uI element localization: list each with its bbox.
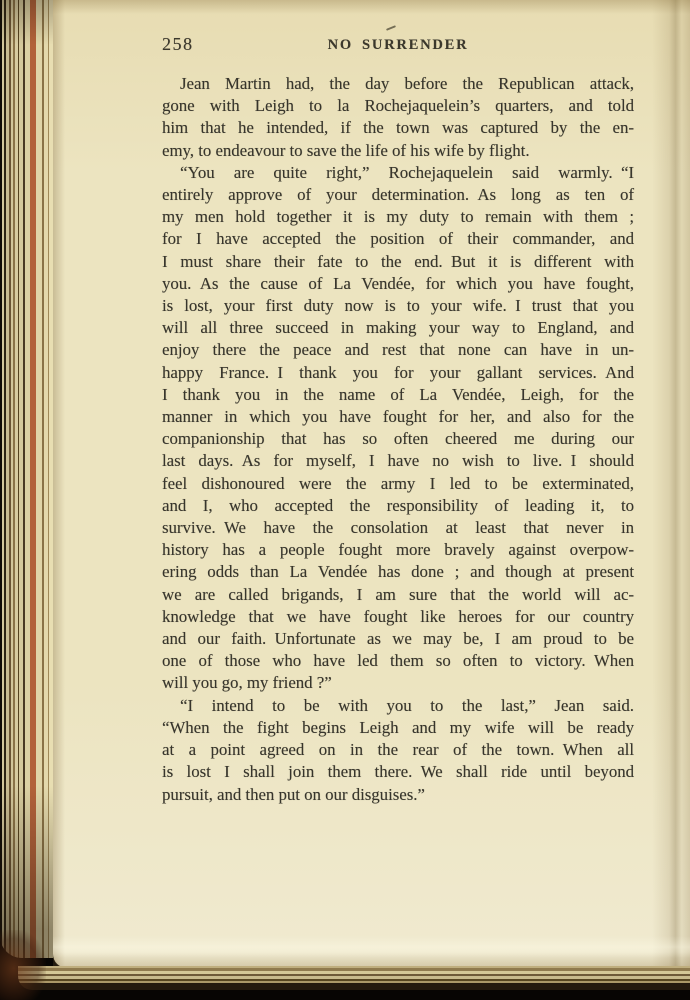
text-line: companionship that has so often cheered … [162,428,634,450]
text-line: “You are quite right,” Rochejaquelein sa… [162,162,634,184]
text-line: is lost, your first duty now is to your … [162,295,634,317]
text-line: and I, who accepted the responsibility o… [162,495,634,517]
book-page: 258 NO SURRENDER Jean Martin had, the da… [53,0,690,968]
text-line: and our faith. Unfortunate as we may be,… [162,628,634,650]
pen-mark [386,25,396,31]
text-line: I thank you in the name of La Vendée, Le… [162,384,634,406]
paragraph: “You are quite right,” Rochejaquelein sa… [162,162,634,695]
book-page-edges [0,0,53,958]
text-block: Jean Martin had, the day before the Repu… [162,73,634,806]
book-photograph: 258 NO SURRENDER Jean Martin had, the da… [0,0,690,1000]
text-line: enjoy there the peace and rest that none… [162,339,634,361]
paragraph: “I intend to be with you to the last,” J… [162,695,634,806]
bottom-left-binding-shadow [0,930,46,1000]
text-line: Jean Martin had, the day before the Repu… [162,73,634,95]
text-line: happy France. I thank you for your galla… [162,362,634,384]
text-line: for I have accepted the position of thei… [162,228,634,250]
text-line: you. As the cause of La Vendée, for whic… [162,273,634,295]
page-left-shadow [53,0,65,968]
text-line: “I intend to be with you to the last,” J… [162,695,634,717]
text-line: gone with Leigh to la Rochejaquelein’s q… [162,95,634,117]
text-line: “When the fight begins Leigh and my wife… [162,717,634,739]
text-line: will all three succeed in making your wa… [162,317,634,339]
text-line: ering odds than La Vendée has done ; and… [162,561,634,583]
running-title: NO SURRENDER [162,37,634,54]
text-line: last days. As for myself, I have no wish… [162,450,634,472]
text-line: history has a people fought more bravely… [162,539,634,561]
text-line: one of those who have led them so often … [162,650,634,672]
page-light-band [53,936,690,958]
text-line: emy, to endeavour to save the life of hi… [162,140,634,162]
text-line: my men hold together it is my duty to re… [162,206,634,228]
text-line: is lost I shall join them there. We shal… [162,761,634,783]
text-line: entirely approve of your determination. … [162,184,634,206]
page-header: 258 NO SURRENDER [162,34,634,56]
text-line: feel dishonoured were the army I led to … [162,473,634,495]
page-top-shadow [53,0,690,14]
text-line: him that he intended, if the town was ca… [162,117,634,139]
page-stack-bottom-edge [18,966,690,990]
paragraph: Jean Martin had, the day before the Repu… [162,73,634,162]
text-line: will you go, my friend ?” [162,672,634,694]
text-line: I must share their fate to the end. But … [162,251,634,273]
text-line: manner in which you have fought for her,… [162,406,634,428]
text-line: pursuit, and then put on our disguises.” [162,784,634,806]
text-line: at a point agreed on in the rear of the … [162,739,634,761]
text-line: survive. We have the consolation at leas… [162,517,634,539]
page-right-crease [652,0,690,968]
text-line: knowledge that we have fought like heroe… [162,606,634,628]
text-line: we are called brigands, I am sure that t… [162,584,634,606]
